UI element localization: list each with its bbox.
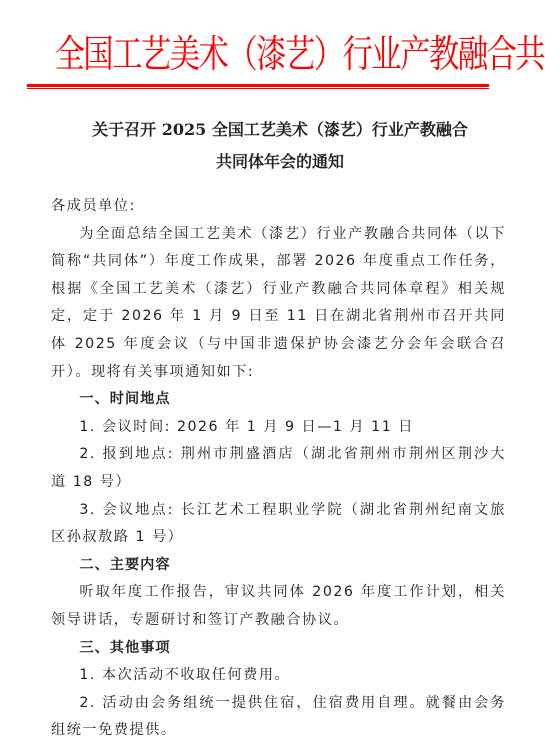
meeting-time: 1. 会议时间: 2026 年 1 月 9 日—1 月 11 日 [51,414,506,442]
fee-note: 1. 本次活动不收取任何费用。 [51,662,506,690]
document-body: 各成员单位: 为全面总结全国工艺美术（漆艺）行业产教融合共同体（以下简称“共同体… [51,193,506,745]
document-page: 全国工艺美术（漆艺）行业产教融合共同体 关于召开 2025 全国工艺美术（漆艺）… [0,0,545,749]
section-heading-main-content: 二、主要内容 [51,552,506,580]
header-divider-thin [27,88,489,89]
organization-header: 全国工艺美术（漆艺）行业产教融合共同体 [55,28,491,80]
intro-paragraph: 为全面总结全国工艺美术（漆艺）行业产教融合共同体（以下简称“共同体”）年度工作成… [51,221,506,387]
section-heading-other-matters: 三、其他事项 [51,635,506,663]
title-line-1: 关于召开 2025 全国工艺美术（漆艺）行业产教融合 [40,114,520,146]
accommodation-note: 2. 活动由会务组统一提供住宿，住宿费用自理。就餐由会务组统一免费提供。 [51,690,506,745]
title-line-2: 共同体年会的通知 [40,146,520,178]
salutation: 各成员单位: [51,193,506,221]
meeting-location: 3. 会议地点: 长江艺术工程职业学院（湖北省荆州纪南文旅区孙叔敖路 1 号） [51,497,506,552]
document-title: 关于召开 2025 全国工艺美术（漆艺）行业产教融合 共同体年会的通知 [40,114,520,178]
header-divider-thick [27,84,489,87]
section-heading-time-location: 一、时间地点 [51,386,506,414]
main-content-paragraph: 听取年度工作报告，审议共同体 2026 年度工作计划，相关领导讲话，专题研讨和签… [51,579,506,634]
check-in-location: 2. 报到地点: 荆州市荆盛酒店（湖北省荆州市荆州区荆沙大道 18 号） [51,441,506,496]
